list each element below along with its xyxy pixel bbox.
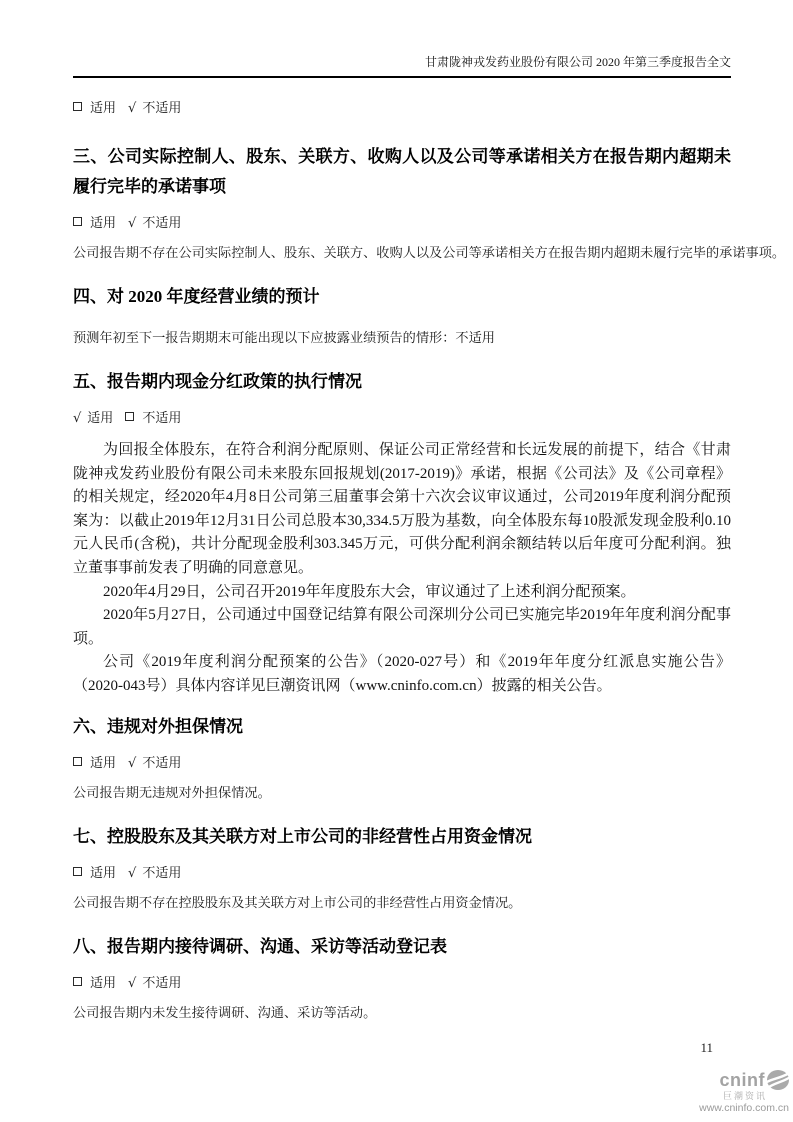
page-header: 甘肃陇神戎发药业股份有限公司 2020 年第三季度报告全文	[73, 0, 731, 78]
section-3-note: 公司报告期不存在公司实际控制人、股东、关联方、收购人以及公司等承诺相关方在报告期…	[73, 244, 731, 261]
paragraph: 2020年4月29日，公司召开2019年年度股东大会，审议通过了上述利润分配预案…	[73, 581, 731, 605]
applicable-label: 适用	[90, 755, 116, 770]
applicable-label: 适用	[90, 865, 116, 880]
checkbox-unchecked-icon	[73, 217, 82, 226]
section-7-note: 公司报告期不存在控股股东及其关联方对上市公司的非经营性占用资金情况。	[73, 894, 731, 911]
not-applicable-label: 不适用	[142, 215, 181, 230]
checkmark-icon: √	[128, 756, 136, 771]
cninfo-brand-text: cninf	[720, 1071, 766, 1089]
section-5-body: 为回报全体股东，在符合利润分配原则、保证公司正常经营和长远发展的前提下，结合《甘…	[73, 439, 731, 699]
applicability-row-section-8: 适用√不适用	[73, 975, 731, 992]
cninfo-logo: cninf 巨潮资讯 www.cninfo.com.cn	[699, 1070, 789, 1114]
not-applicable-label: 不适用	[142, 755, 181, 770]
checkbox-unchecked-icon	[73, 977, 82, 986]
section-5-title: 五、报告期内现金分红政策的执行情况	[73, 367, 731, 397]
checkbox-unchecked-icon	[73, 867, 82, 876]
checkmark-icon: √	[128, 101, 136, 116]
section-6-title: 六、违规对外担保情况	[73, 712, 731, 742]
cninfo-swoosh-icon	[767, 1070, 789, 1090]
checkmark-icon: √	[73, 411, 81, 426]
cninfo-chinese-name: 巨潮资讯	[723, 1092, 767, 1101]
not-applicable-label: 不适用	[142, 410, 181, 425]
cninfo-url: www.cninfo.com.cn	[699, 1103, 789, 1114]
page-number: 11	[700, 1040, 713, 1056]
applicability-row-section-7: 适用√不适用	[73, 865, 731, 882]
applicable-label: 适用	[87, 410, 113, 425]
page-header-title: 甘肃陇神戎发药业股份有限公司 2020 年第三季度报告全文	[425, 55, 731, 69]
checkbox-unchecked-icon	[125, 412, 134, 421]
section-3-title: 三、公司实际控制人、股东、关联方、收购人以及公司等承诺相关方在报告期内超期未履行…	[73, 142, 731, 202]
section-6-note: 公司报告期无违规对外担保情况。	[73, 784, 731, 801]
applicable-label: 适用	[90, 975, 116, 990]
checkbox-unchecked-icon	[73, 102, 82, 111]
cninfo-logo-brand-row: cninf	[720, 1070, 790, 1090]
section-8-note: 公司报告期内未发生接待调研、沟通、采访等活动。	[73, 1004, 731, 1021]
applicable-label: 适用	[90, 215, 116, 230]
paragraph: 为回报全体股东，在符合利润分配原则、保证公司正常经营和长远发展的前提下，结合《甘…	[73, 439, 731, 581]
paragraph: 2020年5月27日，公司通过中国登记结算有限公司深圳分公司已实施完毕2019年…	[73, 604, 731, 651]
checkbox-unchecked-icon	[73, 757, 82, 766]
applicability-row-section-3: 适用√不适用	[73, 215, 731, 232]
applicability-row-carryover: 适用√不适用	[73, 100, 731, 117]
report-page: 甘肃陇神戎发药业股份有限公司 2020 年第三季度报告全文 适用√不适用 三、公…	[0, 0, 793, 1122]
not-applicable-label: 不适用	[142, 100, 181, 115]
section-7-title: 七、控股股东及其关联方对上市公司的非经营性占用资金情况	[73, 822, 731, 852]
paragraph: 公司《2019年度利润分配预案的公告》（2020-027号）和《2019年年度分…	[73, 651, 731, 698]
not-applicable-label: 不适用	[142, 865, 181, 880]
checkmark-icon: √	[128, 976, 136, 991]
checkmark-icon: √	[128, 866, 136, 881]
applicability-row-section-6: 适用√不适用	[73, 755, 731, 772]
not-applicable-label: 不适用	[142, 975, 181, 990]
section-8-title: 八、报告期内接待调研、沟通、采访等活动登记表	[73, 932, 731, 962]
applicable-label: 适用	[90, 100, 116, 115]
applicability-row-section-5: √适用不适用	[73, 410, 731, 427]
section-4-note: 预测年初至下一报告期期末可能出现以下应披露业绩预告的情形：不适用	[73, 329, 731, 346]
section-4-title: 四、对 2020 年度经营业绩的预计	[73, 282, 731, 312]
checkmark-icon: √	[128, 216, 136, 231]
